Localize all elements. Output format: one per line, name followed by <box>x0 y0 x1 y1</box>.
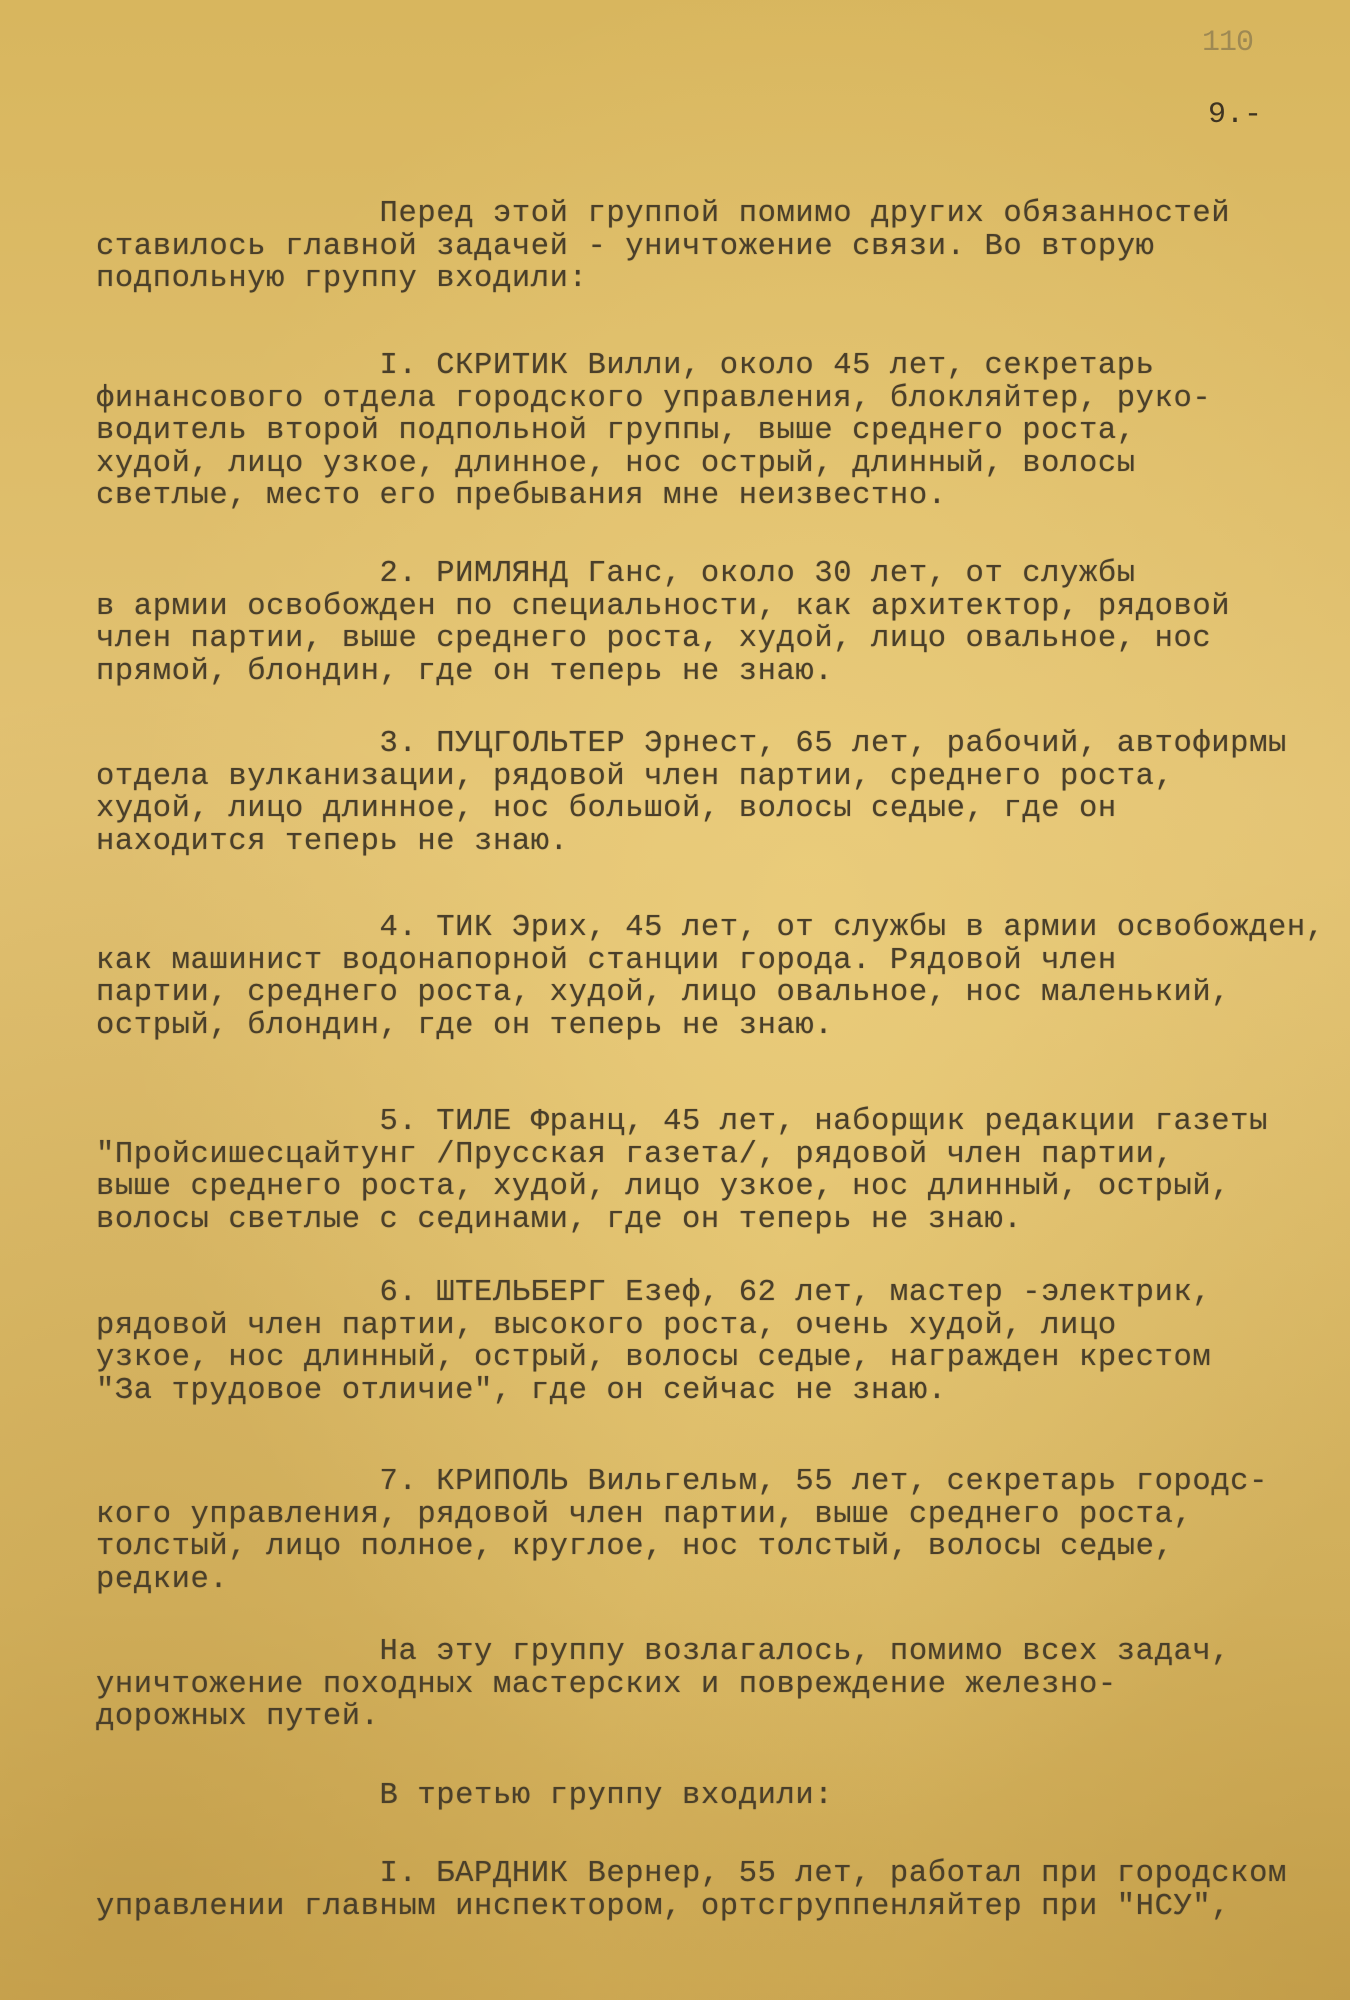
text-line: В третью группу входили: <box>96 1780 833 1813</box>
paragraph-member-3: 3. ПУЦГОЛЬТЕР Эрнест, 65 лет, рабочий, а… <box>96 728 1287 858</box>
paragraph-member-5: 5. ТИЛЕ Франц, 45 лет, наборщик редакции… <box>96 1106 1268 1236</box>
text-line: 4. ТИК Эрих, 45 лет, от службы в армии о… <box>96 912 1325 945</box>
text-line: худой, лицо узкое, длинное, нос острый, … <box>96 448 1211 481</box>
text-line: "За трудовое отличие", где он сейчас не … <box>96 1375 1211 1408</box>
text-line: 2. РИМЛЯНД Ганс, около 30 лет, от службы <box>96 558 1230 591</box>
paragraph-third-member-1: I. БАРДНИК Вернер, 55 лет, работал при г… <box>96 1858 1287 1923</box>
text-line: рядовой член партии, высокого роста, оче… <box>96 1310 1211 1343</box>
text-line: 3. ПУЦГОЛЬТЕР Эрнест, 65 лет, рабочий, а… <box>96 728 1287 761</box>
text-line: водитель второй подпольной группы, выше … <box>96 415 1211 448</box>
text-line: худой, лицо длинное, нос большой, волосы… <box>96 793 1287 826</box>
text-line: 5. ТИЛЕ Франц, 45 лет, наборщик редакции… <box>96 1106 1268 1139</box>
archive-folio-number: 110 <box>1202 26 1253 60</box>
text-line: как машинист водонапорной станции города… <box>96 945 1325 978</box>
text-line: 6. ШТЕЛЬБЕРГ Езеф, 62 лет, мастер -элект… <box>96 1277 1211 1310</box>
text-line: I. БАРДНИК Вернер, 55 лет, работал при г… <box>96 1858 1287 1891</box>
text-line: партии, среднего роста, худой, лицо овал… <box>96 977 1325 1010</box>
text-line: уничтожение походных мастерских и повреж… <box>96 1669 1230 1702</box>
paragraph-third-group-intro: В третью группу входили: <box>96 1780 833 1813</box>
text-line: кого управления, рядовой член партии, вы… <box>96 1499 1268 1532</box>
text-line: Перед этой группой помимо других обязанн… <box>96 198 1230 231</box>
paragraph-member-2: 2. РИМЛЯНД Ганс, около 30 лет, от службы… <box>96 558 1230 688</box>
text-line: подпольную группу входили: <box>96 263 1230 296</box>
paragraph-member-7: 7. КРИПОЛЬ Вильгельм, 55 лет, секретарь … <box>96 1466 1268 1596</box>
paragraph-member-1: I. СКРИТИК Вилли, около 45 лет, секретар… <box>96 350 1211 513</box>
paragraph-intro: Перед этой группой помимо других обязанн… <box>96 198 1230 296</box>
text-line: светлые, место его пребывания мне неизве… <box>96 480 1211 513</box>
text-line: волосы светлые с сединами, где он теперь… <box>96 1204 1268 1237</box>
text-line: член партии, выше среднего роста, худой,… <box>96 623 1230 656</box>
text-line: дорожных путей. <box>96 1701 1230 1734</box>
document-page: 110 9.- Перед этой группой помимо других… <box>0 0 1350 2000</box>
text-line: 7. КРИПОЛЬ Вильгельм, 55 лет, секретарь … <box>96 1466 1268 1499</box>
text-line: острый, блондин, где он теперь не знаю. <box>96 1010 1325 1043</box>
text-line: редкие. <box>96 1564 1268 1597</box>
text-line: I. СКРИТИК Вилли, около 45 лет, секретар… <box>96 350 1211 383</box>
text-line: "Пройсишесцайтунг /Прусская газета/, ряд… <box>96 1139 1268 1172</box>
text-line: отдела вулканизации, рядовой член партии… <box>96 761 1287 794</box>
text-line: находится теперь не знаю. <box>96 826 1287 859</box>
text-line: ставилось главной задачей - уничтожение … <box>96 231 1230 264</box>
text-line: На эту группу возлагалось, помимо всех з… <box>96 1636 1230 1669</box>
text-line: управлении главным инспектором, ортсгруп… <box>96 1891 1287 1924</box>
paragraph-member-6: 6. ШТЕЛЬБЕРГ Езеф, 62 лет, мастер -элект… <box>96 1277 1211 1407</box>
page-number: 9.- <box>1208 98 1262 132</box>
text-line: выше среднего роста, худой, лицо узкое, … <box>96 1171 1268 1204</box>
text-line: в армии освобожден по специальности, как… <box>96 591 1230 624</box>
paragraph-member-4: 4. ТИК Эрих, 45 лет, от службы в армии о… <box>96 912 1325 1042</box>
text-line: прямой, блондин, где он теперь не знаю. <box>96 656 1230 689</box>
text-line: финансового отдела городского управления… <box>96 383 1211 416</box>
paragraph-group-task: На эту группу возлагалось, помимо всех з… <box>96 1636 1230 1734</box>
text-line: толстый, лицо полное, круглое, нос толст… <box>96 1531 1268 1564</box>
text-line: узкое, нос длинный, острый, волосы седые… <box>96 1342 1211 1375</box>
